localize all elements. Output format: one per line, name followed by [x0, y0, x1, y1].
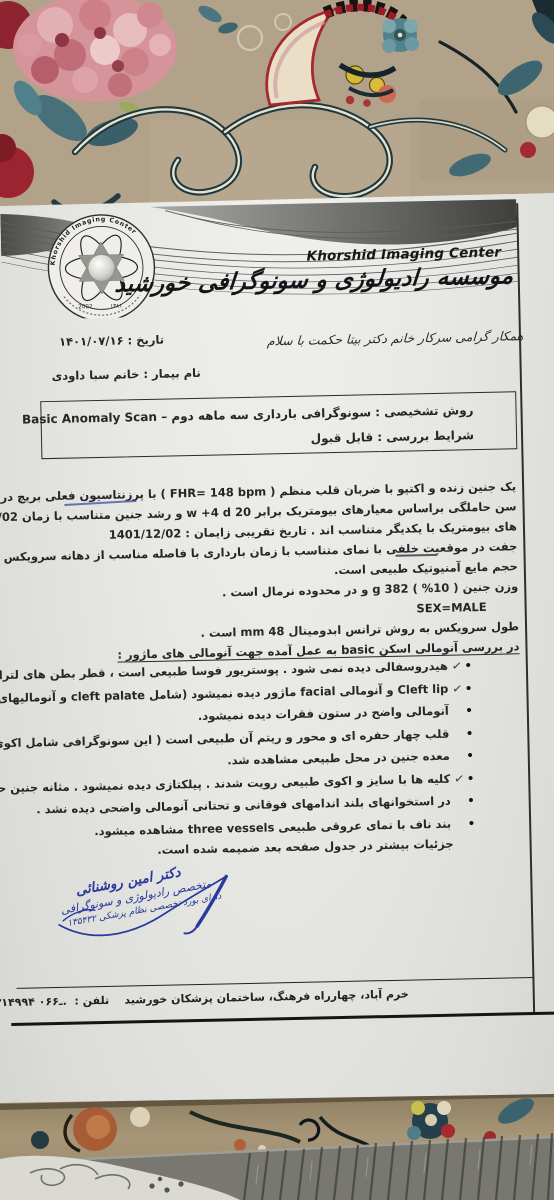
checklist-item: •در استخوانهای بلند اندامهای فوقانی و تح… [17, 793, 475, 818]
checklist-text: آنومالی واضح در ستون فقرات دیده نمیشود. [198, 704, 449, 724]
report-date: تاریخ : ۱۴۰۱/۰۷/۱۶ [59, 333, 164, 349]
carpet-bottom-pattern [0, 1085, 554, 1200]
greeting-line: همکار گرامی سرکار خانم دکتر بیتا حکمت با… [266, 328, 523, 348]
checklist-text: معده جنین در محل طبیعی مشاهده شد. [227, 749, 450, 769]
pen-checkmark-icon [449, 725, 463, 727]
logo-year-en: 2002 [78, 304, 92, 310]
pen-checkmark-icon [450, 748, 464, 750]
photo-of-ultrasound-report: Khorshid Imaging Center 2002 ۱۳۸۱ [0, 0, 554, 1200]
phone-number: ۳۳۳۱۴۹۹۴ ـ۰۶۶. [0, 995, 67, 1010]
checklist-item: •✓کلیه ها با سایز و اکوی طبیعی رویت شدند… [16, 771, 474, 796]
logo-year-fa: ۱۳۸۱ [110, 303, 122, 309]
pen-checkmark-icon: ✓ [447, 680, 463, 697]
checklist-item: •قلب چهار حفره ای و محور و ریتم آن طبیعی… [15, 726, 473, 751]
bullet-icon: • [463, 703, 473, 718]
checklist-text: Cleft lip و آنومالی facial ماژور دیده نم… [0, 681, 448, 707]
bullet-icon: • [462, 681, 472, 696]
checklist-text: بند ناف با نمای عروقی طبیعی three vessel… [94, 816, 451, 838]
bullet-icon: • [464, 771, 474, 786]
pen-checkmark-icon [449, 703, 463, 705]
pen-checkmark-icon [451, 793, 465, 795]
page-border-line [516, 203, 534, 1013]
report-content: Khorshid Imaging Center 2002 ۱۳۸۱ [0, 188, 554, 1109]
phone-label: تلفن : [74, 994, 109, 1008]
pen-checkmark-icon: ✓ [447, 658, 463, 675]
doctor-stamp: دکتر امین روشنائی متخصص رادیولوژی و سونو… [28, 856, 233, 935]
bullet-icon: • [465, 793, 475, 808]
pen-checkmark-icon [451, 815, 465, 817]
bullet-icon: • [463, 726, 473, 741]
patient-name: نام بیمار : خانم سبا داودی [52, 366, 201, 383]
anomaly-checklist: •✓هیدروسفالی دیده نمی شود . پوستریور فوس… [14, 658, 476, 848]
checklist-item: •بند ناف با نمای عروقی طبیعی three vesse… [17, 816, 475, 841]
bullet-icon: • [464, 748, 474, 763]
checklist-item: •✓Cleft lip و آنومالی facial ماژور دیده … [14, 681, 472, 706]
bullet-icon: • [462, 658, 472, 673]
exam-method-box: روش تشخیصی : سونوگرافی بارداری سه ماهه د… [40, 391, 517, 459]
checklist-text: در استخوانهای بلند اندامهای فوقانی و تحت… [36, 794, 451, 818]
pen-checkmark-icon: ✓ [449, 770, 465, 787]
checklist-text: قلب چهار حفره ای و محور و ریتم آن طبیعی … [0, 726, 449, 752]
checklist-item: •آنومالی واضح در ستون فقرات دیده نمیشود. [15, 703, 473, 728]
findings-paragraph: یک جنین زنده و اکتیو با ضربان قلب منظم (… [14, 476, 520, 666]
bullet-icon: • [465, 816, 475, 831]
checklist-item: •معده جنین در محل طبیعی مشاهده شد. [16, 748, 474, 773]
checklist-text: کلیه ها با سایز و اکوی طبیعی رویت شدند .… [0, 771, 450, 797]
